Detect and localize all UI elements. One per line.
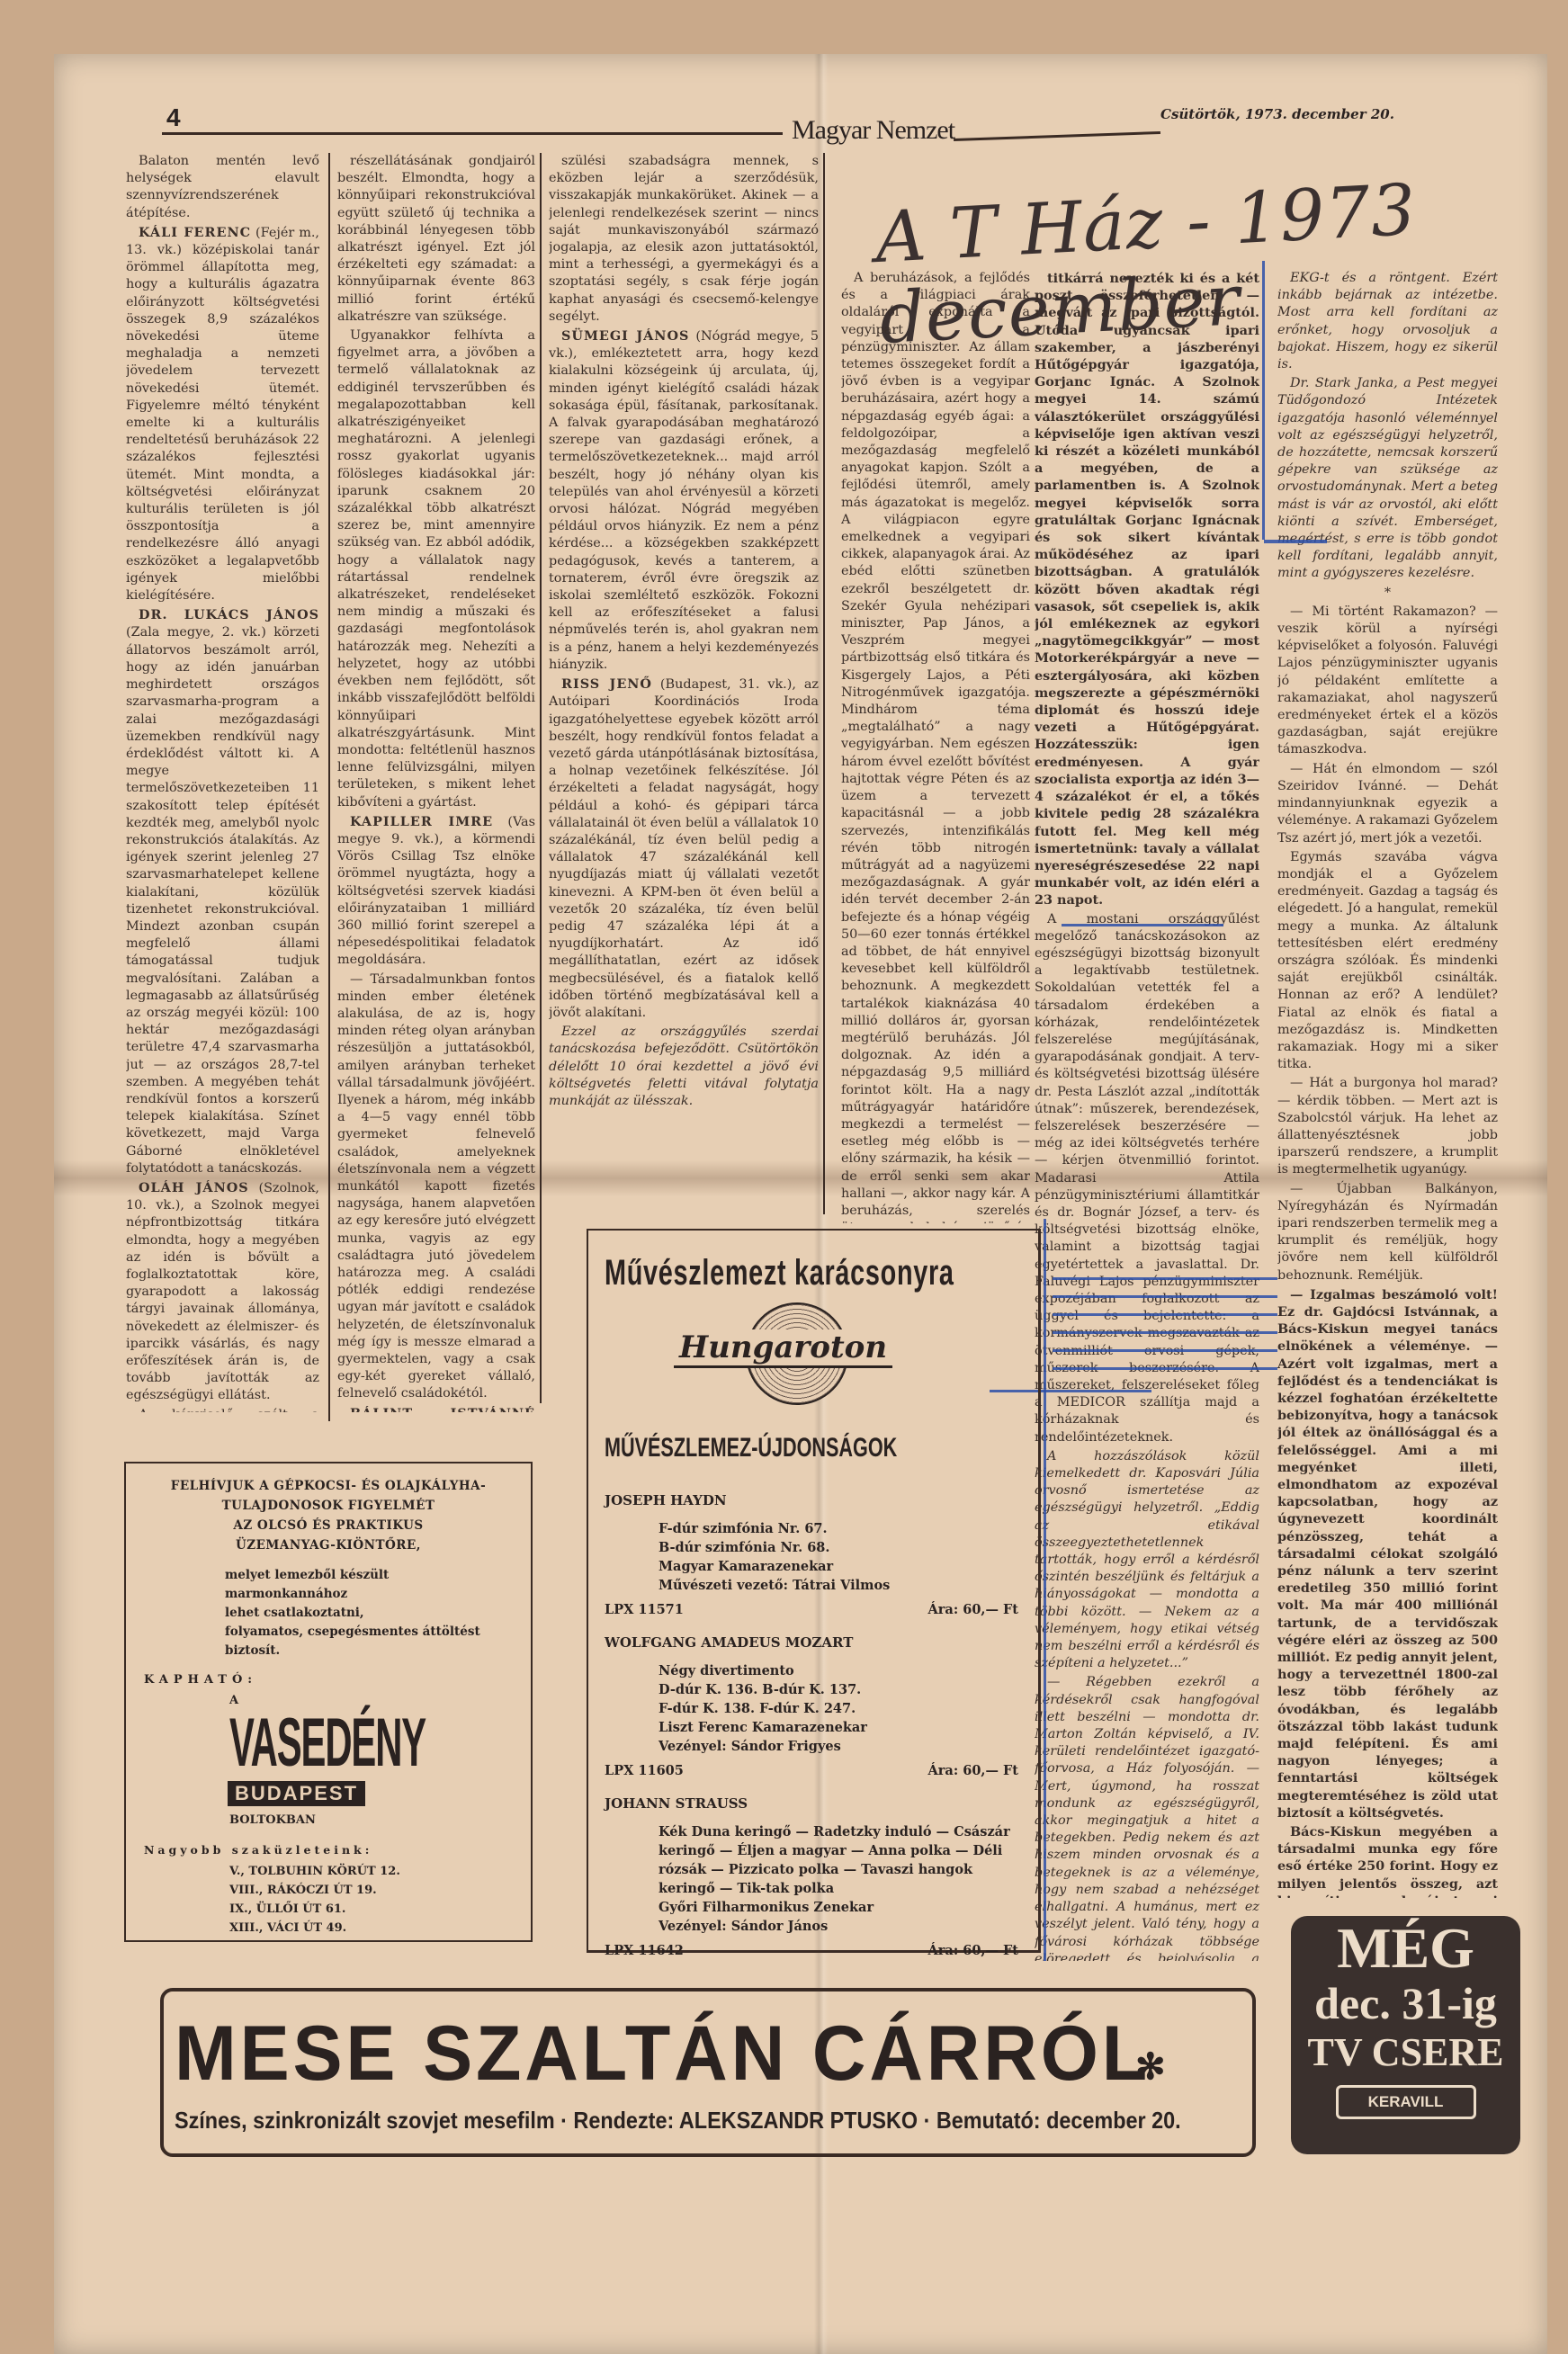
record-price: Ára: 60,— Ft bbox=[928, 1600, 1018, 1619]
record-detail: Kék Duna keringő — Radetzky induló — Csá… bbox=[659, 1822, 1018, 1898]
pen-mark-strike bbox=[1053, 1349, 1277, 1352]
article-paragraph: EKG-t és a röntgent. Ezért inkább bejárn… bbox=[1277, 270, 1498, 373]
article-paragraph: KÁLI FERENC (Fejér m., 13. vk.) középisk… bbox=[126, 224, 319, 604]
film-title: MESE SZALTÁN CÁRRÓL bbox=[175, 2009, 1151, 2099]
composer-name: JOHANN STRAUSS bbox=[605, 1795, 1018, 1813]
record-detail: Vezényel: Sándor Frigyes bbox=[659, 1737, 1018, 1756]
speaker-name: KÁLI FERENC bbox=[139, 225, 251, 240]
column-divider bbox=[540, 153, 542, 1403]
pen-mark-strike bbox=[1053, 1295, 1277, 1298]
speaker-name: KAPILLER IMRE bbox=[350, 814, 493, 829]
ad-body-line: melyet lemezből készült marmonkannához bbox=[225, 1566, 513, 1604]
keravill-line1: MÉG bbox=[1291, 1920, 1520, 1977]
ad-vasedeny: FELHÍVJUK A GÉPKOCSI- ÉS OLAJKÁLYHA-TULA… bbox=[124, 1462, 533, 1942]
page-number: 4 bbox=[166, 103, 181, 132]
article-paragraph: — Mi történt Rakamazon? — veszik körül a… bbox=[1277, 604, 1498, 759]
store-address: VIII., RÁKÓCZI ÚT 19. bbox=[229, 1881, 513, 1900]
ad-vasedeny-stores-label: Nagyobb szaküzleteink: bbox=[144, 1843, 513, 1857]
article-paragraph: A beruházások, a fejlődés és a világpiac… bbox=[841, 270, 1030, 1223]
masthead: Magyar Nemzet bbox=[792, 115, 954, 146]
article-paragraph: — Újabban Balkányon, Nyíregyházán és Nyí… bbox=[1277, 1181, 1498, 1284]
article-paragraph: titkárrá nevezték ki és a két poszt össz… bbox=[1035, 270, 1259, 909]
column-5: titkárrá nevezték ki és a két poszt össz… bbox=[1035, 270, 1259, 1961]
record-entry: JOHANN STRAUSSKék Duna keringő — Radetzk… bbox=[605, 1795, 1018, 1960]
ad-vasedeny-boltokban: BOLTOKBAN bbox=[229, 1813, 513, 1827]
ad-vasedeny-kaphato: KAPHATÓ: bbox=[144, 1673, 513, 1687]
speaker-name: OLÁH JÁNOS bbox=[139, 1180, 249, 1195]
column-divider bbox=[328, 153, 330, 1421]
record-price: Ára: 60,— Ft bbox=[928, 1761, 1018, 1780]
record-list: JOSEPH HAYDNF-dúr szimfónia Nr. 67.B-dúr… bbox=[605, 1491, 1018, 1974]
composer-name: WOLFGANG AMADEUS MOZART bbox=[605, 1633, 1018, 1652]
column-3: szülési szabadságra mennek, s eközben le… bbox=[549, 153, 819, 1214]
dateline: Csütörtök, 1973. december 20. bbox=[1160, 106, 1394, 122]
ad-title-line: ÜZEMANYAG-KIÖNTŐRE, bbox=[144, 1535, 513, 1555]
record-detail: F-dúr K. 138. F-dúr K. 247. bbox=[659, 1699, 1018, 1718]
ad-keravill: MÉG dec. 31-ig TV CSERE KERAVILL bbox=[1291, 1916, 1520, 2154]
store-address: V., TOLBUHIN KÖRÚT 12. bbox=[229, 1862, 513, 1881]
record-detail: B-dúr szimfónia Nr. 68. bbox=[659, 1538, 1018, 1557]
article-paragraph: részellátásának gondjairól beszélt. Elmo… bbox=[337, 153, 535, 326]
header-rule-left bbox=[162, 132, 783, 135]
flower-ornament-icon: ✻ bbox=[1135, 2045, 1166, 2088]
column-4: A beruházások, a fejlődés és a világpiac… bbox=[841, 270, 1030, 1223]
column-6: EKG-t és a röntgent. Ezért inkább bejárn… bbox=[1277, 270, 1498, 1898]
record-entry: WOLFGANG AMADEUS MOZARTNégy divertimento… bbox=[605, 1633, 1018, 1780]
composer-name: JOSEPH HAYDN bbox=[605, 1491, 1018, 1510]
hungaroton-headline: Művészlemezt karácsonyra bbox=[605, 1253, 954, 1293]
article-paragraph: Bács-Kiskun megyében a társadalmi munka … bbox=[1277, 1823, 1498, 1898]
article-paragraph: A mostani országgyűlést megelőző tanácsk… bbox=[1035, 911, 1259, 1446]
article-paragraph: — Hát én elmondom — szól Szeiridov Ivánn… bbox=[1277, 761, 1498, 847]
catalog-number: LPX 11571 bbox=[605, 1600, 684, 1619]
column-divider bbox=[823, 153, 825, 1214]
record-detail: Vezényel: Sándor János bbox=[659, 1917, 1018, 1936]
pen-mark-horizontal bbox=[1264, 540, 1327, 543]
record-price: Ára: 60,— Ft bbox=[928, 1941, 1018, 1960]
record-detail: Művészeti vezető: Tátrai Vilmos bbox=[659, 1576, 1018, 1595]
ad-vasedeny-title: FELHÍVJUK A GÉPKOCSI- ÉS OLAJKÁLYHA-TULA… bbox=[144, 1476, 513, 1555]
store-address: IX., ÜLLŐI ÚT 61. bbox=[229, 1900, 513, 1919]
ad-hungaroton: Művészlemezt karácsonyra Hungaroton MŰVÉ… bbox=[587, 1229, 1041, 1953]
pen-mark-vertical bbox=[1044, 1219, 1046, 1961]
ad-mese-szaltan: MESE SZALTÁN CÁRRÓL ✻ Színes, szinkroniz… bbox=[160, 1988, 1256, 2157]
article-paragraph: — Régebben ezekről a kérdésekről csak ha… bbox=[1035, 1674, 1259, 1961]
record-entry: JOSEPH HAYDNF-dúr szimfónia Nr. 67.B-dúr… bbox=[605, 1491, 1018, 1619]
article-paragraph: — Hát a burgonya hol marad? — kérdik töb… bbox=[1277, 1075, 1498, 1178]
record-detail: Győri Filharmonikus Zenekar bbox=[659, 1898, 1018, 1917]
store-address: XIII., VÁCI ÚT 49. bbox=[229, 1919, 513, 1938]
pen-mark-strike bbox=[1053, 1331, 1277, 1334]
ad-vasedeny-body: melyet lemezből készült marmonkannáhozle… bbox=[225, 1566, 513, 1660]
article-paragraph: Ezzel az országgyűlés szerdai tanácskozá… bbox=[549, 1024, 819, 1110]
pen-mark-strike bbox=[1053, 1313, 1277, 1316]
column-2: részellátásának gondjairól beszélt. Elmo… bbox=[337, 153, 535, 1412]
article-paragraph: RISS JENŐ (Budapest, 31. vk.), az Autóip… bbox=[549, 676, 819, 1022]
vasedeny-logo: VASEDÉNY bbox=[229, 1707, 513, 1781]
record-detail: F-dúr szimfónia Nr. 67. bbox=[659, 1519, 1018, 1538]
ad-title-line: FELHÍVJUK A GÉPKOCSI- ÉS OLAJKÁLYHA- bbox=[144, 1476, 513, 1496]
article-paragraph: Dr. Stark Janka, a Pest megyei Tüdőgondo… bbox=[1277, 375, 1498, 582]
article-paragraph: Ugyanakkor felhívta a figyelmet arra, a … bbox=[337, 327, 535, 811]
keravill-line2: dec. 31-ig bbox=[1291, 1977, 1520, 2029]
ad-body-line: folyamatos, csepegésmentes áttöltést biz… bbox=[225, 1623, 513, 1660]
article-paragraph: Egymás szavába vágva mondják el a Győzel… bbox=[1277, 849, 1498, 1074]
ad-title-line: TULAJDONOSOK FIGYELMÉT bbox=[144, 1496, 513, 1516]
keravill-line3: TV CSERE bbox=[1291, 2029, 1520, 2076]
pen-mark-strike bbox=[1053, 1367, 1277, 1370]
article-paragraph: DR. LUKÁCS JÁNOS (Zala megye, 2. vk.) kö… bbox=[126, 606, 319, 1177]
speaker-name: RISS JENŐ bbox=[561, 676, 652, 692]
speaker-name: DR. LUKÁCS JÁNOS bbox=[139, 607, 319, 622]
pen-mark-underline bbox=[1062, 924, 1223, 926]
article-paragraph: Balaton mentén levő helységek elavult sz… bbox=[126, 153, 319, 222]
hungaroton-subhead: MŰVÉSZLEMEZ-ÚJDONSÁGOK bbox=[605, 1433, 897, 1463]
record-detail: Magyar Kamarazenekar bbox=[659, 1557, 1018, 1576]
catalog-number: LPX 11605 bbox=[605, 1761, 684, 1780]
article-paragraph: BÁLINT ISTVÁNNÉ (Békés m., 12. vk.) tele… bbox=[337, 1405, 535, 1412]
ad-vasedeny-stores: V., TOLBUHIN KÖRÚT 12.VIII., RÁKÓCZI ÚT … bbox=[229, 1862, 513, 1938]
keravill-logo: KERAVILL bbox=[1336, 2085, 1476, 2119]
article-paragraph: OLÁH JÁNOS (Szolnok, 10. vk.), a Szolnok… bbox=[126, 1179, 319, 1405]
catalog-number: LPX 11642 bbox=[605, 1941, 684, 1960]
hungaroton-logo: Hungaroton bbox=[674, 1329, 892, 1368]
column-1: Balaton mentén levő helységek elavult sz… bbox=[126, 153, 319, 1412]
vasedeny-logo-sub: BUDAPEST bbox=[228, 1781, 513, 1806]
ad-body-line: lehet csatlakoztatni, bbox=[225, 1604, 513, 1623]
speaker-name: SÜMEGI JÁNOS bbox=[561, 328, 689, 344]
article-paragraph: — Izgalmas beszámoló volt! Ez dr. Gajdóc… bbox=[1277, 1286, 1498, 1821]
record-detail: Négy divertimento bbox=[659, 1661, 1018, 1680]
section-separator: * bbox=[1277, 585, 1498, 602]
article-paragraph: szülési szabadságra mennek, s eközben le… bbox=[549, 153, 819, 326]
pen-mark-vertical bbox=[1262, 261, 1265, 540]
article-paragraph: A képviselő szólt a gondokról is. Elmond… bbox=[126, 1407, 319, 1412]
ad-title-line: AZ OLCSÓ ÉS PRAKTIKUS bbox=[144, 1516, 513, 1535]
article-paragraph: KAPILLER IMRE (Vas megye 9. vk.), a körm… bbox=[337, 813, 535, 970]
article-paragraph: — Társadalmunkban fontos minden ember él… bbox=[337, 971, 535, 1403]
article-paragraph: SÜMEGI JÁNOS (Nógrád megye, 5 vk.), emlé… bbox=[549, 327, 819, 674]
film-subtitle: Színes, szinkronizált szovjet mesefilm ·… bbox=[175, 2107, 1181, 2135]
article-paragraph: A hozzászólások közül kiemelkedett dr. K… bbox=[1035, 1448, 1259, 1673]
speaker-name: BÁLINT ISTVÁNNÉ bbox=[350, 1406, 535, 1412]
record-detail: Liszt Ferenc Kamarazenekar bbox=[659, 1718, 1018, 1737]
record-detail: D-dúr K. 136. B-dúr K. 137. bbox=[659, 1680, 1018, 1699]
